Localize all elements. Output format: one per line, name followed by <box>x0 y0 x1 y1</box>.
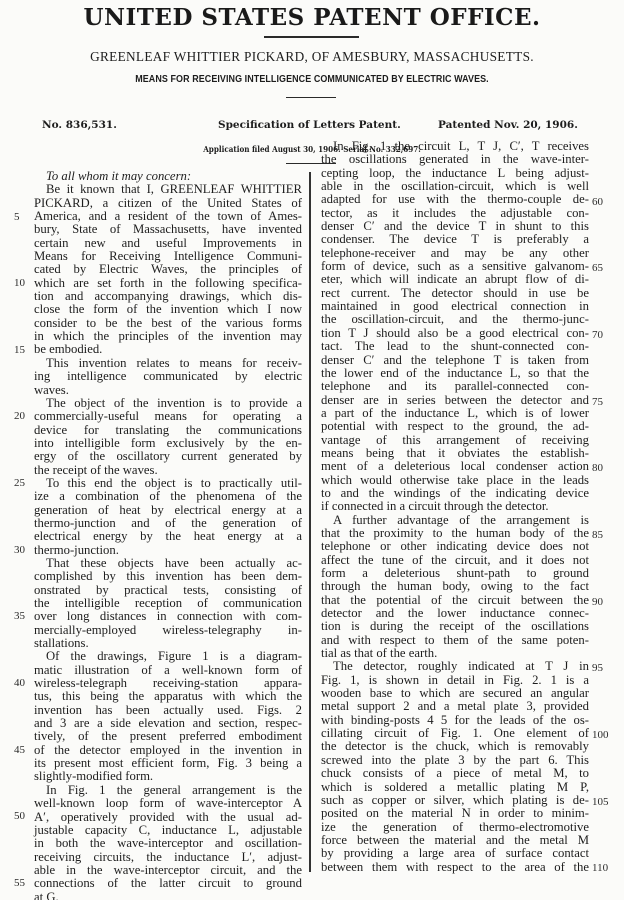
text-line: waves. <box>34 384 302 397</box>
line-number: 45 <box>14 744 25 756</box>
text-line: That these objects have been actually ac… <box>34 557 302 570</box>
text-line: telephone and its parallel-connected con… <box>321 380 589 393</box>
text-line: This invention relates to means for rece… <box>34 357 302 370</box>
line-number: 110 <box>592 862 608 874</box>
text-line: chuck consists of a piece of metal M, to <box>321 767 589 780</box>
line-number: 30 <box>14 544 25 556</box>
column-divider <box>309 172 311 872</box>
text-line: Be it known that I, GREENLEAF WHITTIER <box>34 183 302 196</box>
title-rule <box>264 36 359 38</box>
text-line: screwed into the plate 3 by the part 6. … <box>321 754 589 767</box>
text-line: Fig. 1, is shown in detail in Fig. 2. 1 … <box>321 674 589 687</box>
line-number: 20 <box>14 410 25 422</box>
text-line: condenser. The device T is preferably a <box>321 233 589 246</box>
inventor-line: GREENLEAF WHITTIER PICKARD, OF AMESBURY,… <box>0 49 624 65</box>
text-line: ize the generation of thermo-electromoti… <box>321 821 589 834</box>
text-line: which is soldered a metallic plating M P… <box>321 781 589 794</box>
text-line: thermo-junction and of the generation of <box>34 517 302 530</box>
text-line: the detector is the chuck, which is remo… <box>321 740 589 753</box>
text-line: potential with respect to the ground, th… <box>321 420 589 433</box>
text-line: connections of the latter circuit to gro… <box>34 877 302 890</box>
text-line: complished by this invention has been de… <box>34 570 302 583</box>
text-line: A further advantage of the arrangement i… <box>321 514 589 527</box>
text-line: denser C′ and the device T in shunt to t… <box>321 220 589 233</box>
text-line: that the potential of the circuit betwee… <box>321 594 589 607</box>
text-line: at G. <box>34 891 302 900</box>
text-line: adapted for use with the thermo-couple d… <box>321 193 589 206</box>
text-line: in which the principles of the invention… <box>34 330 302 343</box>
text-line: consider to be the best of the various f… <box>34 317 302 330</box>
text-line: maintained in good electrical connection… <box>321 300 589 313</box>
patent-number: No. 836,531. <box>42 119 117 131</box>
text-line: mercially-employed wireless-telegraphy i… <box>34 624 302 637</box>
text-line: receiving circuits, the inductance L′, a… <box>34 851 302 864</box>
text-line: through the human body, owing to the fac… <box>321 580 589 593</box>
text-line: tial as that of the earth. <box>321 647 589 660</box>
text-line: rect current. The detector should in use… <box>321 287 589 300</box>
text-line: affect the tune of the circuit, and it d… <box>321 554 589 567</box>
text-line: and with respect to them of the same pot… <box>321 634 589 647</box>
text-line: thermo-junction. <box>34 544 302 557</box>
text-line: tact. The lead to the shunt-connected co… <box>321 340 589 353</box>
text-line: vantage of this arrangement of receiving <box>321 434 589 447</box>
text-line: The detector, roughly indicated at T J i… <box>321 660 589 673</box>
text-line: Means for Receiving Intelligence Communi… <box>34 250 302 263</box>
line-number: 80 <box>592 462 603 474</box>
text-line: a part of the inductance L, which is of … <box>321 407 589 420</box>
text-line: wireless-telegraph receiving-station app… <box>34 677 302 690</box>
text-line: ergy of the oscillatory current generate… <box>34 450 302 463</box>
text-line: the receipt of the waves. <box>34 464 302 477</box>
text-line: denser are in series between the detecto… <box>321 394 589 407</box>
invention-title: MEANS FOR RECEIVING INTELLIGENCE COMMUNI… <box>44 74 581 85</box>
line-number: 70 <box>592 329 603 341</box>
text-line: able in the wave-interceptor circuit, an… <box>34 864 302 877</box>
subtitle-rule <box>286 97 336 98</box>
text-line: form a deleterious shunt-path to ground <box>321 567 589 580</box>
line-number: 105 <box>592 796 609 808</box>
text-line: with binding-posts 4 5 for the leads of … <box>321 714 589 727</box>
text-line: ize a combination of the phenomena of th… <box>34 490 302 503</box>
text-line: stallations. <box>34 637 302 650</box>
text-line: in both the wave-interceptor and oscilla… <box>34 837 302 850</box>
text-line: invention has been actually used. Figs. … <box>34 704 302 717</box>
line-number: 50 <box>14 810 25 822</box>
text-line: ing intelligence communicated by electri… <box>34 370 302 383</box>
text-line: To this end the object is to practically… <box>34 477 302 490</box>
text-line: Of the drawings, Figure 1 is a diagram- <box>34 650 302 663</box>
text-line: which are set forth in the following spe… <box>34 277 302 290</box>
text-line: tively, of the present preferred embodim… <box>34 730 302 743</box>
text-line: certain new and useful Improvements in <box>34 237 302 250</box>
text-line: close the form of the invention which I … <box>34 303 302 316</box>
text-line: device for translating the communication… <box>34 424 302 437</box>
text-line: onstrated by practical tests, consisting… <box>34 584 302 597</box>
text-line: posited on the material N in order to mi… <box>321 807 589 820</box>
text-line: tion and accompanying drawings, which di… <box>34 290 302 303</box>
text-line: into intelligible form exclusively by th… <box>34 437 302 450</box>
line-number: 100 <box>592 729 609 741</box>
text-line: be embodied. <box>34 343 302 356</box>
text-line: detector and the lower inductance connec… <box>321 607 589 620</box>
text-line: telephone-receiver and may be any other <box>321 247 589 260</box>
text-line: that the proximity to the human body of … <box>321 527 589 540</box>
text-line: slightly-modified form. <box>34 770 302 783</box>
text-line: In Fig. 1 the circuit L, T J, C′, T rece… <box>321 140 589 153</box>
text-line: wooden base to which are secured an angu… <box>321 687 589 700</box>
text-line: cillating circuit of Fig. 1. One element… <box>321 727 589 740</box>
text-line: tion T J should also be a good electrica… <box>321 327 589 340</box>
text-line: such as copper or silver, which plating … <box>321 794 589 807</box>
text-line: telephone or other indicating device doe… <box>321 540 589 553</box>
right-column: In Fig. 1 the circuit L, T J, C′, T rece… <box>321 140 589 874</box>
text-line: metal support 2 and a metal plate 3, pro… <box>321 700 589 713</box>
text-line: bury, State of Massachusetts, have inven… <box>34 223 302 236</box>
text-line: generation of heat by electrical energy … <box>34 504 302 517</box>
text-line: the oscillations generated in the wave-i… <box>321 153 589 166</box>
text-line: well-known loop form of wave-interceptor… <box>34 797 302 810</box>
line-number: 55 <box>14 877 25 889</box>
text-line: In Fig. 1 the general arrangement is the <box>34 784 302 797</box>
text-line: able in the oscillation-circuit, which i… <box>321 180 589 193</box>
text-line: by providing a large area of surface con… <box>321 847 589 860</box>
office-title: UNITED STATES PATENT OFFICE. <box>0 4 624 31</box>
text-line: cepting loop, the inductance L being adj… <box>321 167 589 180</box>
text-line: cated by Electric Waves, the principles … <box>34 263 302 276</box>
text-line: The object of the invention is to provid… <box>34 397 302 410</box>
line-number: 60 <box>592 196 603 208</box>
text-line: force between the material and the metal… <box>321 834 589 847</box>
line-number: 5 <box>14 211 20 223</box>
text-line: which would otherwise take place in the … <box>321 474 589 487</box>
text-line: of the detector employed in the inventio… <box>34 744 302 757</box>
line-number: 35 <box>14 610 25 622</box>
text-line: its present most efficient form, Fig. 3 … <box>34 757 302 770</box>
left-column: To all whom it may concern: Be it known … <box>34 170 302 900</box>
text-line: eter, which will indicate an abrupt flow… <box>321 273 589 286</box>
text-line: the intelligible reception of communicat… <box>34 597 302 610</box>
salutation: To all whom it may concern: <box>34 170 302 183</box>
text-line: if connected in a circuit through the de… <box>321 500 589 513</box>
text-line: means being that it obviates the establi… <box>321 447 589 460</box>
text-line: America, and a resident of the town of A… <box>34 210 302 223</box>
text-line: electrical energy by the heat energy at … <box>34 530 302 543</box>
line-number: 15 <box>14 344 25 356</box>
text-line: matic illustration of a well-known form … <box>34 664 302 677</box>
text-line: tion is during the receipt of the oscill… <box>321 620 589 633</box>
line-number: 85 <box>592 529 603 541</box>
text-line: PICKARD, a citizen of the United States … <box>34 197 302 210</box>
text-line: tector, as it includes the adjustable co… <box>321 207 589 220</box>
patented-date: Patented Nov. 20, 1906. <box>438 119 578 131</box>
text-line: to and the windings of the indicating de… <box>321 487 589 500</box>
line-number: 90 <box>592 596 603 608</box>
text-line: A′, operatively provided with the usual … <box>34 811 302 824</box>
specification-label: Specification of Letters Patent. <box>218 119 401 131</box>
text-line: denser C′ and the telephone T is taken f… <box>321 354 589 367</box>
text-line: form of device, such as a sensitive galv… <box>321 260 589 273</box>
line-number: 40 <box>14 677 25 689</box>
line-number: 95 <box>592 662 603 674</box>
text-line: justable capacity C, inductance L, adjus… <box>34 824 302 837</box>
text-line: tus, this being the apparatus with which… <box>34 690 302 703</box>
line-number: 10 <box>14 277 25 289</box>
text-line: the lower end of the inductance L, so th… <box>321 367 589 380</box>
line-number: 75 <box>592 396 603 408</box>
line-number: 65 <box>592 262 603 274</box>
text-line: ment of a deleterious local condenser ac… <box>321 460 589 473</box>
text-line: the oscillation-circuit, and the thermo-… <box>321 313 589 326</box>
text-line: over long distances in connection with c… <box>34 610 302 623</box>
line-number: 25 <box>14 477 25 489</box>
text-line: commercially-useful means for operating … <box>34 410 302 423</box>
text-line: between them with respect to the area of… <box>321 861 589 874</box>
text-line: and 3 are a side elevation and section, … <box>34 717 302 730</box>
